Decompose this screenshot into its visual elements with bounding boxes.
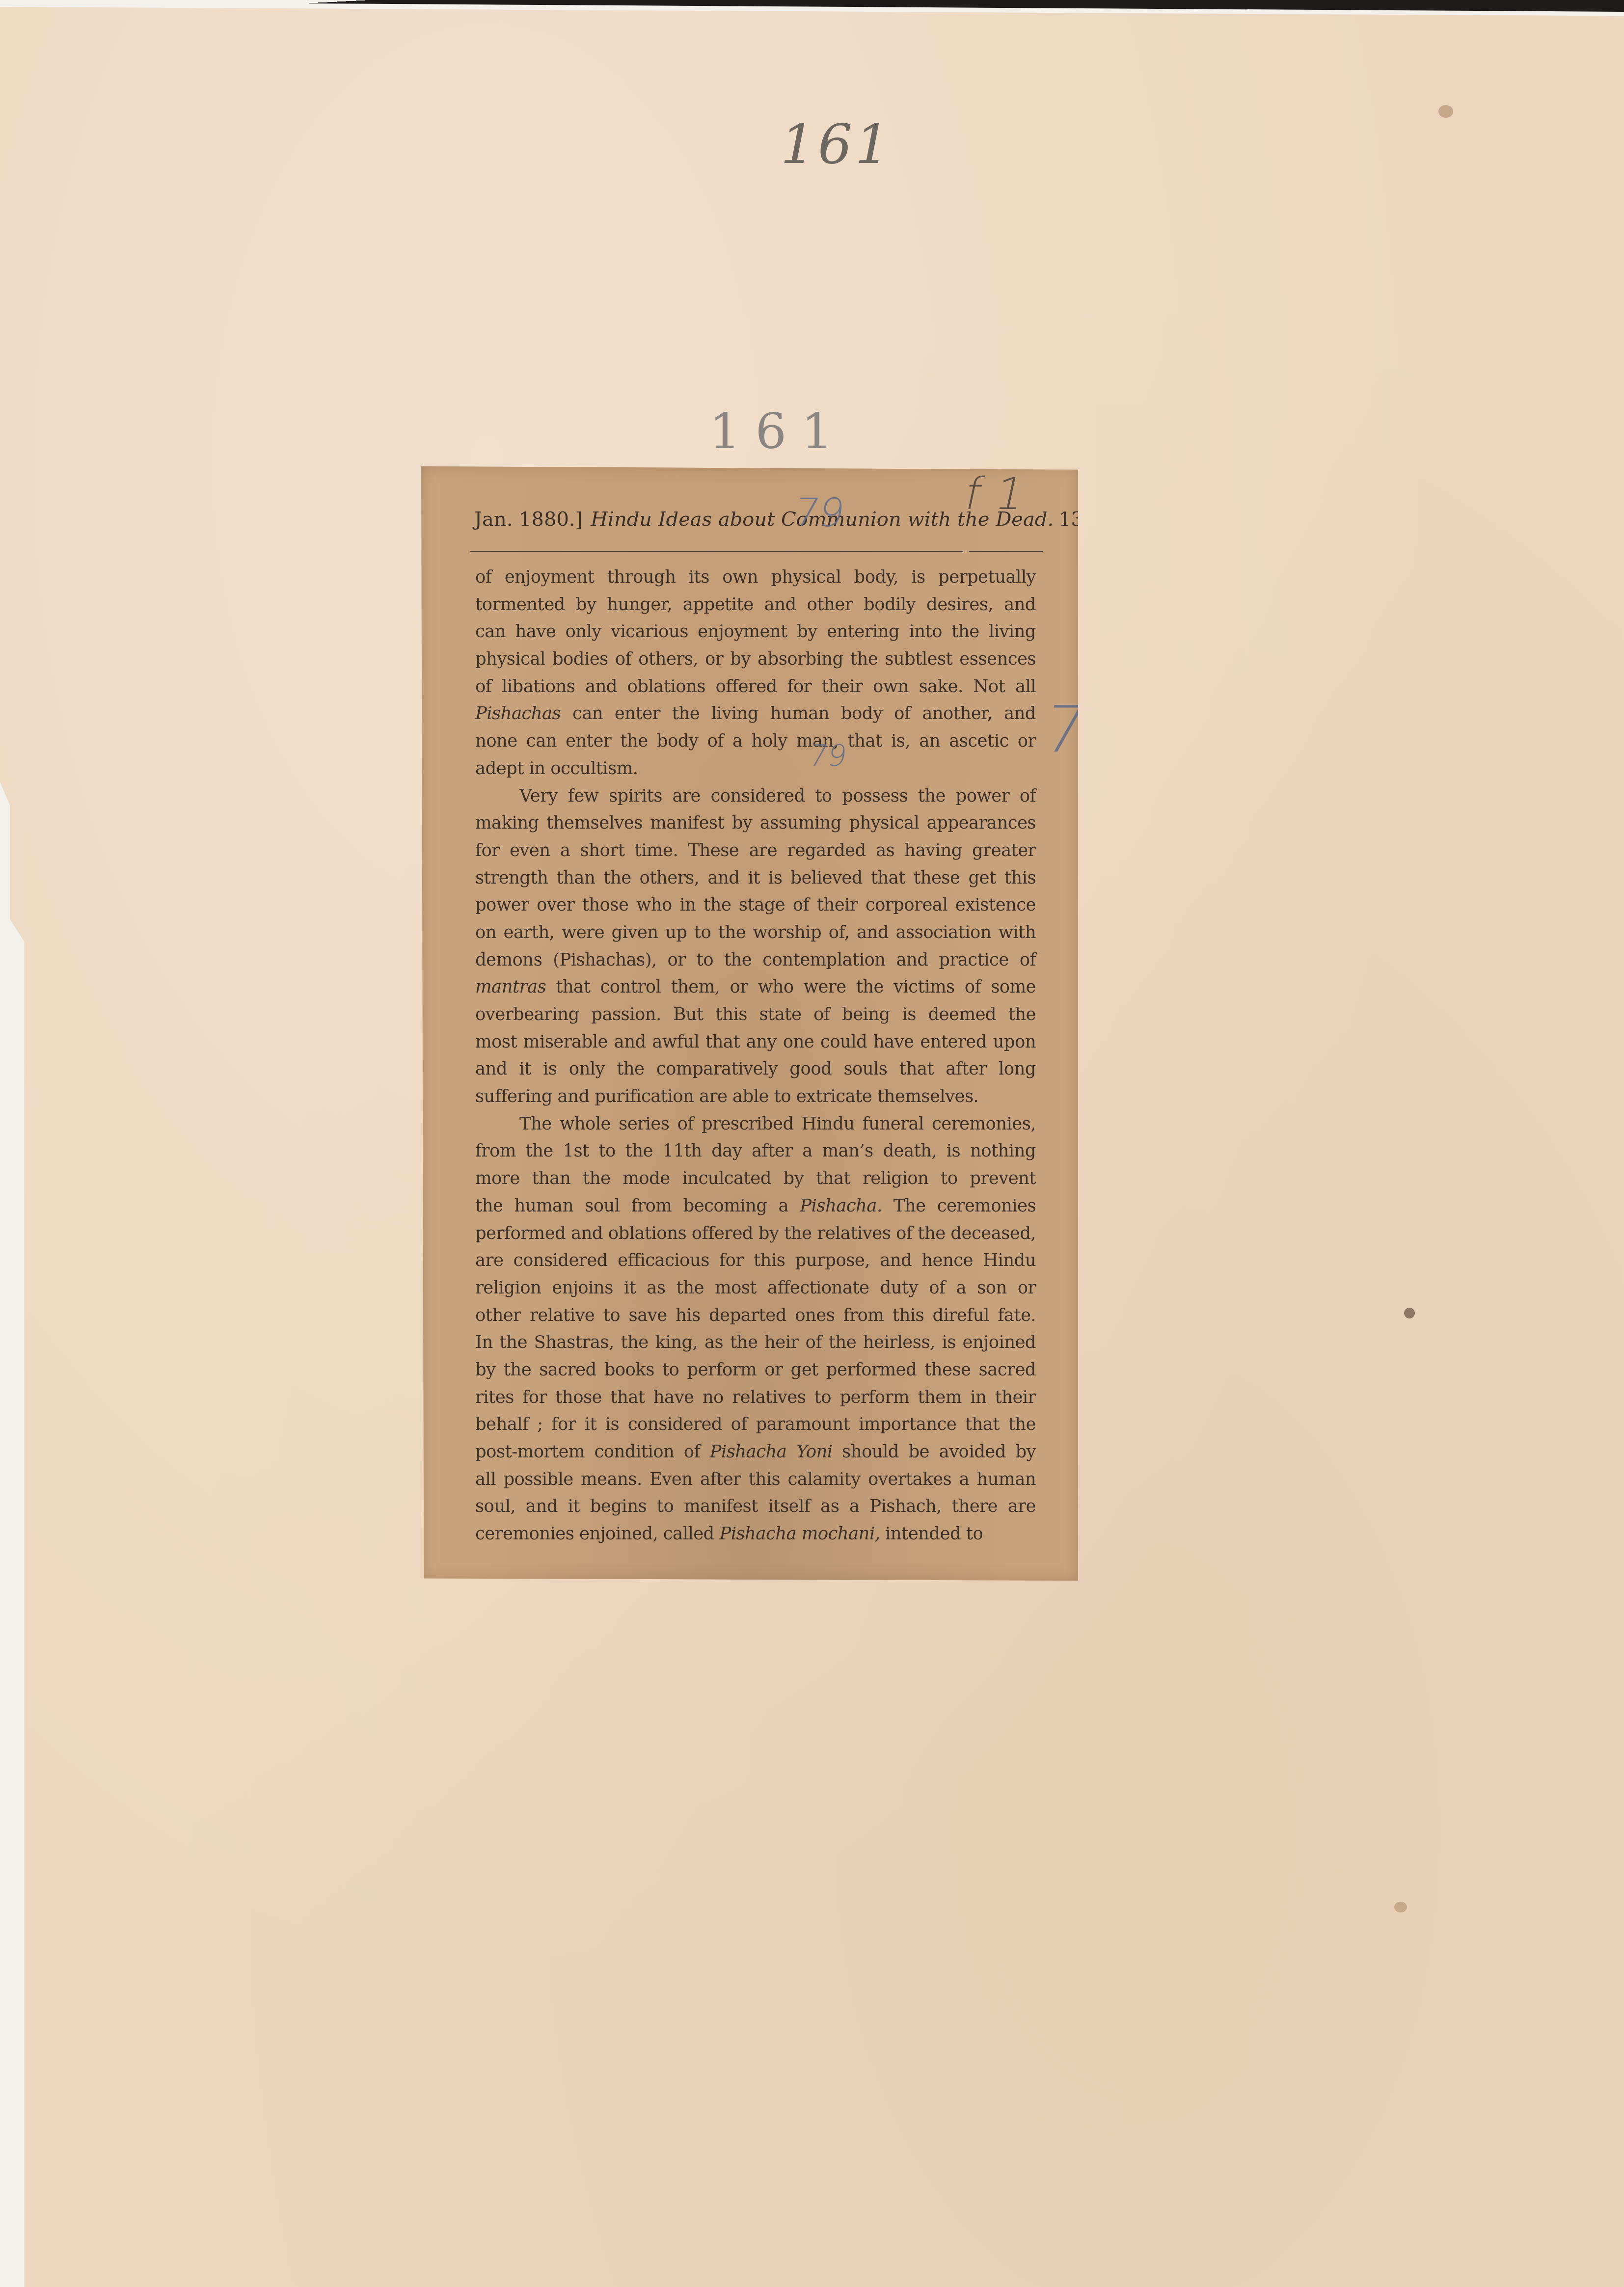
text-line: tormented by hunger, appetite and other … (475, 591, 1036, 619)
text-line: all possible means. Even after this cala… (475, 1466, 1036, 1493)
text-line: Very few spirits are considered to posse… (475, 782, 1036, 810)
article-body: of enjoyment through its own physical bo… (475, 564, 1036, 1548)
foxing-spot (1404, 1308, 1415, 1318)
text-line: adept in occultism. (475, 755, 1036, 782)
text-line: are considered efficacious for this purp… (475, 1247, 1036, 1274)
text-line: demons (Pishachas), or to the contemplat… (475, 946, 1036, 974)
italic-term: Pishachas (475, 703, 561, 724)
italic-term: mantras (475, 977, 546, 997)
text-line: making themselves manifest by assuming p… (475, 809, 1036, 837)
text-line: behalf ; for it is considered of paramou… (475, 1411, 1036, 1438)
text-line: soul, and it begins to manifest itself a… (475, 1493, 1036, 1520)
text-line: can have only vicarious enjoyment by ent… (475, 618, 1036, 646)
folio-number-mid: 161 (709, 403, 847, 460)
text-line: ceremonies enjoined, called Pishacha moc… (475, 1520, 1036, 1548)
newspaper-clipping: f1 Jan. 1880.] Hindu Ideas about Communi… (421, 466, 1078, 1581)
blue-pencil-number: 79 (790, 490, 848, 536)
text-line: mantras that control them, or who were t… (475, 973, 1036, 1001)
text-line: rites for those that have no relatives t… (475, 1384, 1036, 1411)
text-line: for even a short time. These are regarde… (475, 837, 1036, 864)
text-line: most miserable and awful that any one co… (475, 1028, 1036, 1056)
text-line: In the Shastras, the king, as the heir o… (475, 1329, 1036, 1356)
running-head-date: Jan. 1880.] (474, 508, 583, 531)
text-line: from the 1st to the 11th day after a man… (475, 1137, 1036, 1165)
text-line: the human soul from becoming a Pishacha.… (475, 1192, 1036, 1220)
text-line: and it is only the comparatively good so… (475, 1055, 1036, 1083)
text-line: strength than the others, and it is beli… (475, 864, 1036, 892)
text-line: other relative to save his departed ones… (475, 1302, 1036, 1329)
foxing-spot (1394, 1902, 1407, 1912)
text-line: more than the mode inculcated by that re… (475, 1165, 1036, 1192)
text-line: The whole series of prescribed Hindu fun… (475, 1110, 1036, 1138)
italic-term: Pishacha mochani, (719, 1524, 880, 1544)
blue-pencil-paragraph-number: 79 (806, 739, 850, 773)
text-line: suffering and purification are able to e… (475, 1083, 1036, 1110)
text-line: by the sacred books to perform or get pe… (475, 1356, 1036, 1384)
italic-term: Pishacha. (800, 1196, 882, 1216)
text-line: of libations and oblations offered for t… (475, 673, 1036, 700)
text-line: on earth, were given up to the worship o… (475, 919, 1036, 946)
italic-term: Pishacha Yoni (710, 1442, 833, 1462)
text-line: Pishachas can enter the living human bod… (475, 700, 1036, 727)
header-rule (470, 551, 1043, 552)
text-line: religion enjoins it as the most affectio… (475, 1274, 1036, 1302)
text-line: post-mortem condition of Pishacha Yoni s… (475, 1438, 1036, 1466)
text-line: overbearing passion. But this state of b… (475, 1001, 1036, 1028)
text-line: of enjoyment through its own physical bo… (475, 564, 1036, 591)
text-line: power over those who in the stage of the… (475, 891, 1036, 919)
text-line: physical bodies of others, or by absorbi… (475, 646, 1036, 673)
running-head: Jan. 1880.] Hindu Ideas about Communion … (474, 508, 1034, 542)
folio-number-top: 161 (781, 113, 893, 176)
text-line: none can enter the body of a holy man, t… (475, 727, 1036, 755)
text-line: performed and oblations offered by the r… (475, 1220, 1036, 1247)
foxing-spot (1438, 105, 1453, 118)
